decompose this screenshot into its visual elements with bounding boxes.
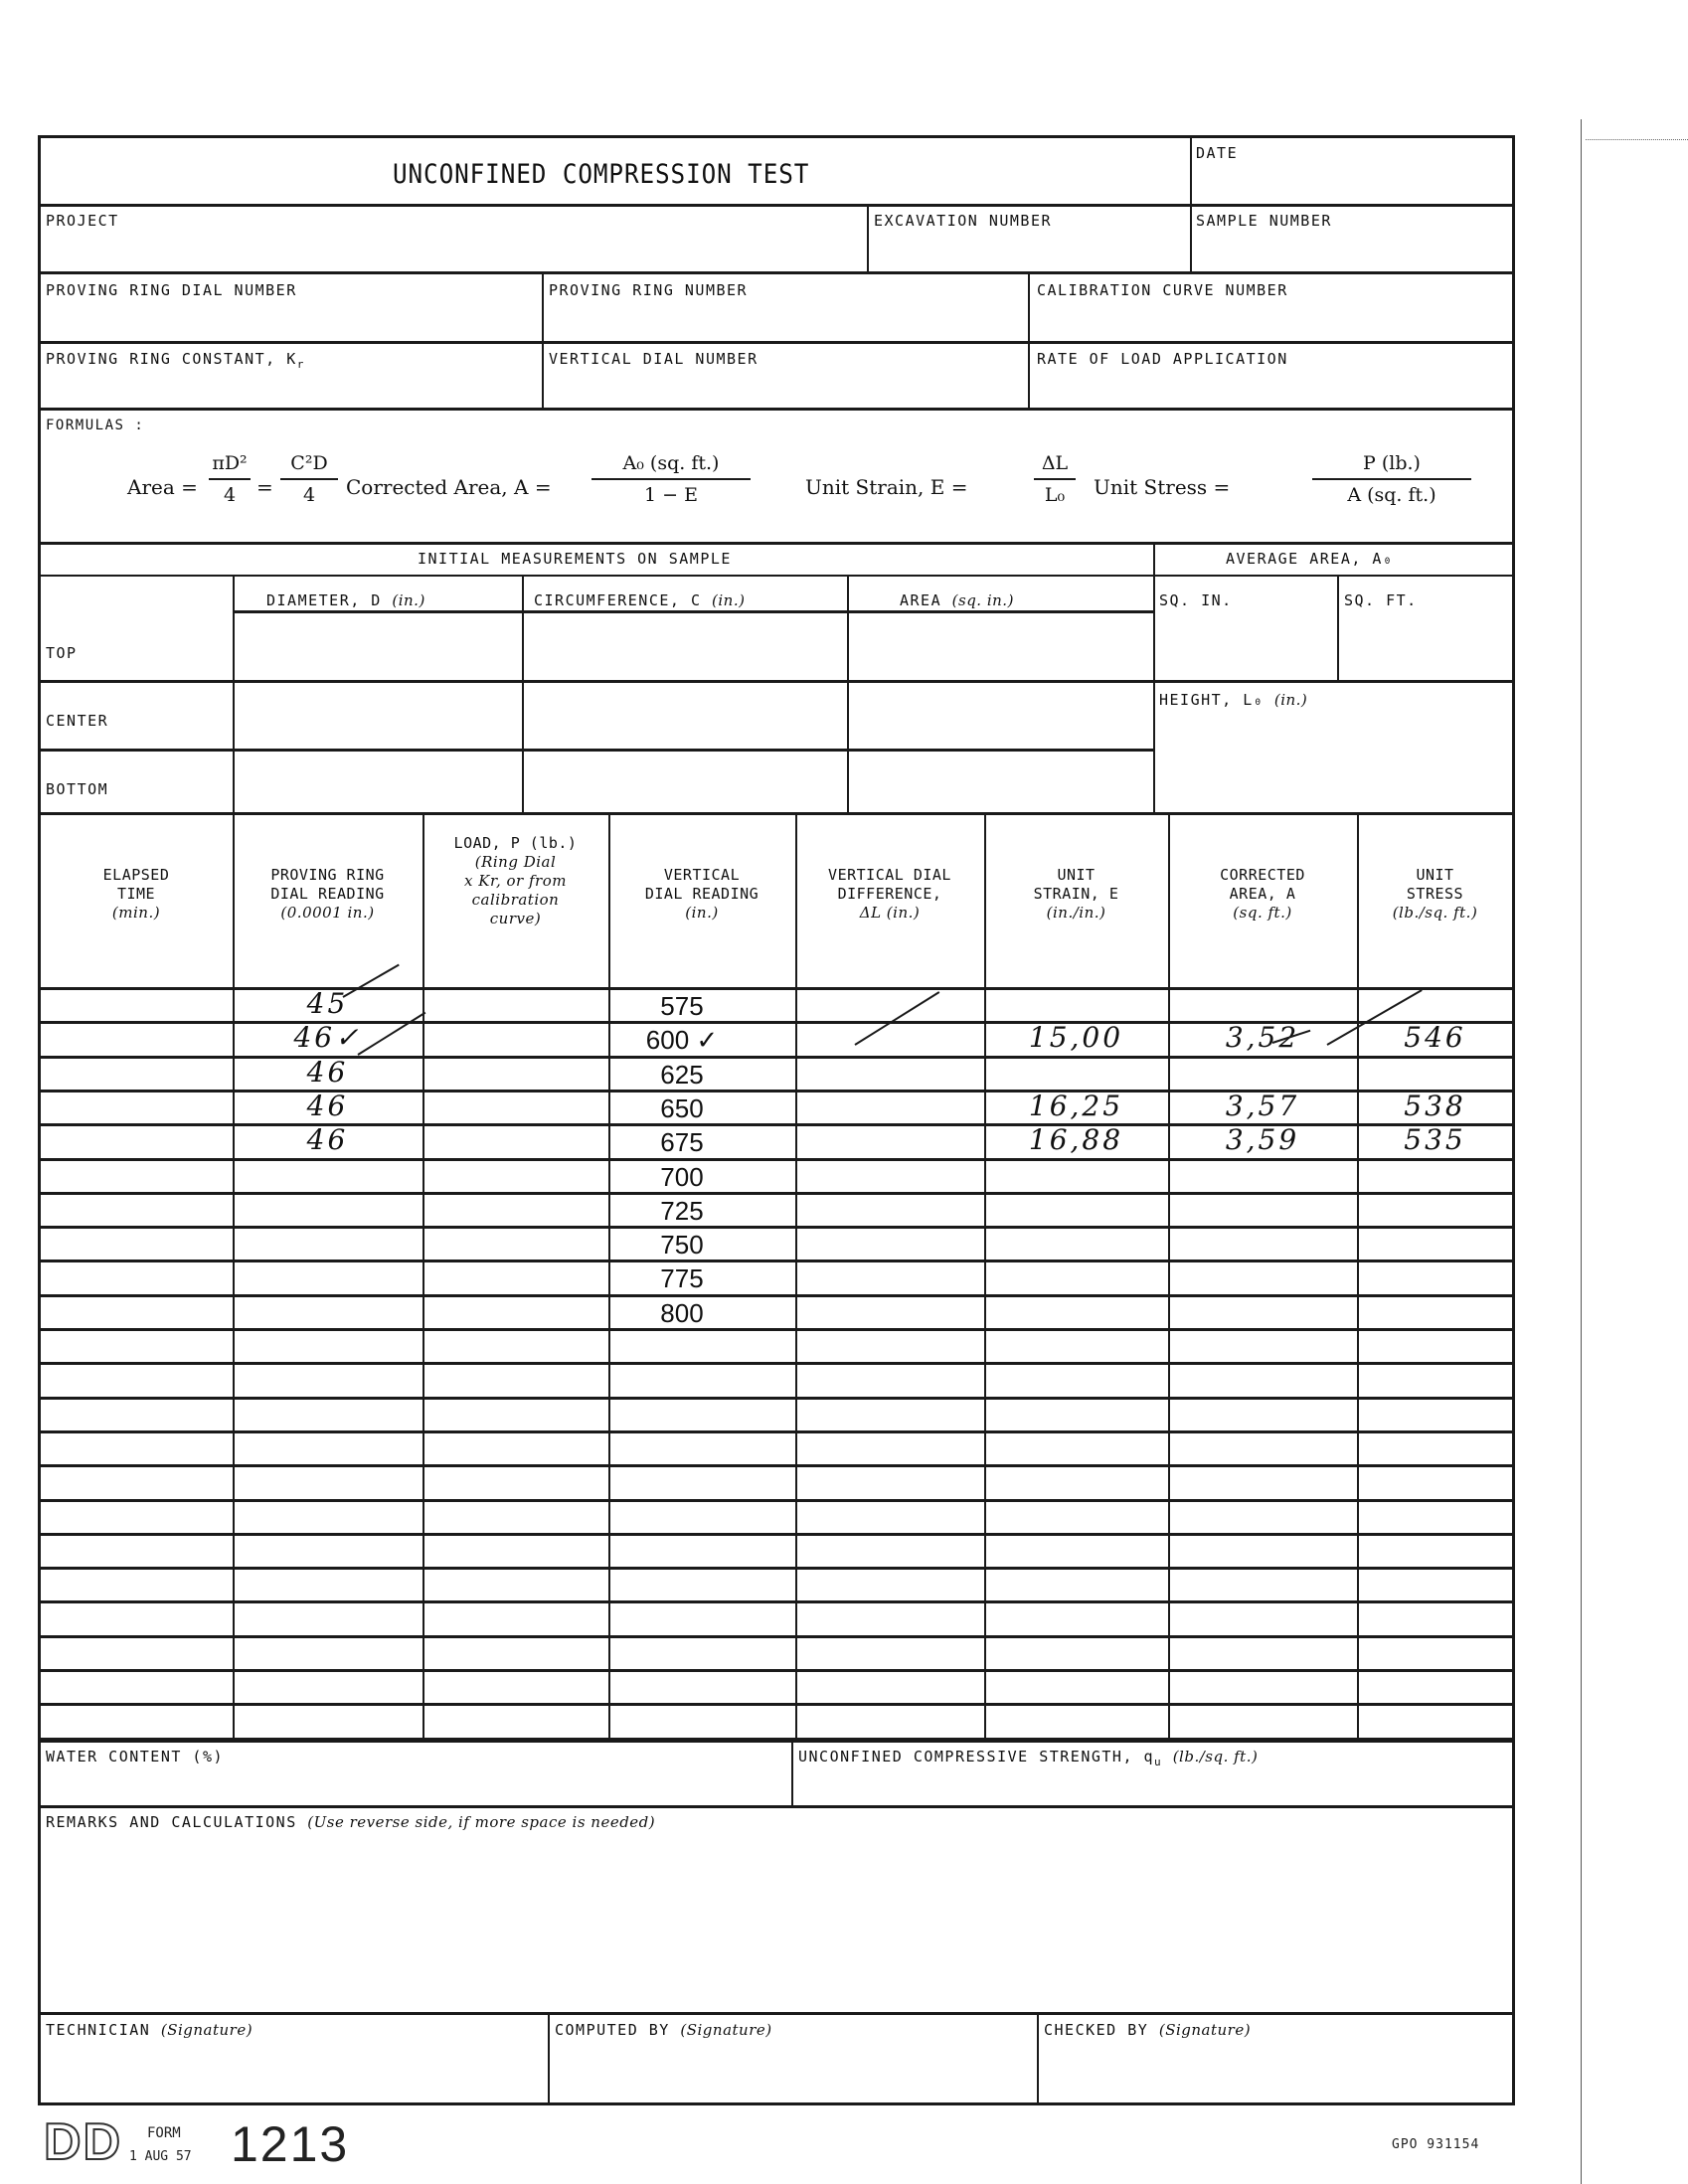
average-area-title: AVERAGE AREA, A₀ — [1226, 550, 1394, 568]
divider — [548, 2014, 550, 2103]
remarks-field[interactable]: REMARKS AND CALCULATIONS (Use reverse si… — [46, 1813, 655, 1831]
cell-vertical-dial-difference[interactable] — [797, 1671, 982, 1701]
corrected-area-fraction: A₀ (sq. ft.) 1 − E — [591, 452, 751, 506]
cell-vertical-dial-difference[interactable] — [797, 1466, 982, 1496]
cell-elapsed-time[interactable] — [42, 1261, 231, 1291]
cell-unit-strain[interactable] — [986, 1671, 1166, 1701]
cell-unit-strain[interactable] — [986, 989, 1166, 1019]
height-field[interactable]: HEIGHT, L₀ (in.) — [1159, 691, 1307, 709]
form-dd-mark: DD — [44, 2112, 122, 2172]
sq-ft-field[interactable]: SQ. FT. — [1344, 591, 1418, 609]
handwritten-value: 3,57 — [1226, 1090, 1299, 1122]
column-header-line: AREA, A — [1168, 885, 1357, 904]
cell-load[interactable] — [424, 1160, 606, 1190]
diameter-label: DIAMETER, D — [266, 591, 382, 609]
cell-elapsed-time[interactable] — [42, 1637, 231, 1667]
cell-vertical-dial-reading[interactable]: 600 ✓ — [610, 1023, 793, 1053]
cell-corrected-area[interactable] — [1170, 1637, 1355, 1667]
cell-unit-strain[interactable] — [986, 1296, 1166, 1326]
cell-proving-ring-dial-reading[interactable] — [235, 1705, 421, 1735]
computed-by-signature-field[interactable]: COMPUTED BY (Signature) — [555, 2021, 772, 2039]
column-header-line: PROVING RING — [233, 866, 422, 885]
sample-number-field[interactable]: SAMPLE NUMBER — [1196, 212, 1332, 230]
cell-corrected-area[interactable] — [1170, 1602, 1355, 1632]
cell-load[interactable] — [424, 1228, 606, 1258]
project-field[interactable]: PROJECT — [46, 212, 119, 230]
cell-unit-stress[interactable] — [1359, 1058, 1511, 1088]
cell-proving-ring-dial-reading[interactable] — [235, 1194, 421, 1224]
calibration-curve-number-field[interactable]: CALIBRATION CURVE NUMBER — [1037, 281, 1288, 299]
cell-corrected-area[interactable] — [1170, 1705, 1355, 1735]
column-header-vertical-dial-difference: VERTICAL DIALDIFFERENCE,ΔL (in.) — [795, 866, 984, 923]
cell-proving-ring-dial-reading[interactable]: 46 — [235, 1125, 421, 1155]
cell-elapsed-time[interactable] — [42, 1602, 231, 1632]
signature-note: (Signature) — [161, 2021, 253, 2039]
technician-signature-field[interactable]: TECHNICIAN (Signature) — [46, 2021, 253, 2039]
column-header-elapsed-time: ELAPSEDTIME(min.) — [40, 866, 233, 923]
cell-unit-stress[interactable] — [1359, 1296, 1511, 1326]
cell-elapsed-time[interactable] — [42, 1705, 231, 1735]
form-word: FORM — [147, 2125, 181, 2141]
column-header-line: x Kr, or from — [422, 872, 608, 891]
column-header-line: DIFFERENCE, — [795, 885, 984, 904]
divider — [1153, 544, 1155, 812]
row-label-top: TOP — [46, 644, 78, 662]
column-header-line: (in./in.) — [984, 904, 1168, 923]
cell-proving-ring-dial-reading[interactable]: 46✓ — [235, 1023, 421, 1053]
divider — [1190, 206, 1192, 273]
column-header-vertical-dial-reading: VERTICALDIAL READING(in.) — [608, 866, 795, 923]
area-denominator-1: 4 — [209, 484, 251, 506]
cell-elapsed-time[interactable] — [42, 1501, 231, 1531]
cell-load[interactable] — [424, 1125, 606, 1155]
cell-proving-ring-dial-reading[interactable]: 46 — [235, 1092, 421, 1121]
cell-elapsed-time[interactable] — [42, 1399, 231, 1428]
cell-vertical-dial-difference[interactable] — [797, 1705, 982, 1735]
cell-proving-ring-dial-reading[interactable] — [235, 1637, 421, 1667]
cell-load[interactable] — [424, 1705, 606, 1735]
cell-corrected-area[interactable] — [1170, 1261, 1355, 1291]
typed-value: 575 — [660, 991, 703, 1021]
typed-value: 625 — [660, 1060, 703, 1090]
cell-unit-strain[interactable] — [986, 1261, 1166, 1291]
unit-strain-fraction: ΔL L₀ — [1034, 452, 1076, 506]
unit-strain-label: Unit Strain, E = — [805, 475, 967, 499]
cell-proving-ring-dial-reading[interactable] — [235, 1535, 421, 1565]
cell-corrected-area[interactable] — [1170, 1364, 1355, 1394]
cell-unit-stress[interactable] — [1359, 1637, 1511, 1667]
cell-elapsed-time[interactable] — [42, 1364, 231, 1394]
cell-elapsed-time[interactable] — [42, 1160, 231, 1190]
cell-proving-ring-dial-reading[interactable] — [235, 1501, 421, 1531]
column-header-line: VERTICAL — [608, 866, 795, 885]
proving-ring-constant-field[interactable]: PROVING RING CONSTANT, Kr — [46, 350, 305, 371]
cell-load[interactable] — [424, 1092, 606, 1121]
cell-elapsed-time[interactable] — [42, 1330, 231, 1360]
circumference-unit: (in.) — [712, 591, 745, 609]
cell-unit-stress[interactable] — [1359, 1194, 1511, 1224]
cell-proving-ring-dial-reading[interactable]: 45 — [235, 989, 421, 1019]
remarks-label: REMARKS AND CALCULATIONS — [46, 1813, 297, 1831]
ucs-field[interactable]: UNCONFINED COMPRESSIVE STRENGTH, qu (lb.… — [798, 1748, 1258, 1768]
cell-vertical-dial-reading[interactable] — [610, 1399, 793, 1428]
cell-load[interactable] — [424, 1466, 606, 1496]
form-title: UNCONFINED COMPRESSION TEST — [393, 159, 809, 190]
cell-vertical-dial-reading[interactable] — [610, 1432, 793, 1462]
initial-measurements-title: INITIAL MEASUREMENTS ON SAMPLE — [418, 550, 732, 568]
cell-vertical-dial-difference[interactable] — [797, 1602, 982, 1632]
cell-unit-stress[interactable] — [1359, 1399, 1511, 1428]
cell-vertical-dial-difference[interactable] — [797, 1569, 982, 1598]
cell-unit-stress[interactable]: 546 — [1359, 1023, 1511, 1053]
cell-elapsed-time[interactable] — [42, 1194, 231, 1224]
diameter-header: DIAMETER, D (in.) — [266, 591, 425, 609]
column-header-line: UNIT — [984, 866, 1168, 885]
cell-corrected-area[interactable] — [1170, 1535, 1355, 1565]
unit-stress-label: Unit Stress = — [1094, 475, 1230, 499]
cell-corrected-area[interactable] — [1170, 1160, 1355, 1190]
cell-unit-strain[interactable] — [986, 1602, 1166, 1632]
typed-value: 725 — [660, 1196, 703, 1226]
cell-proving-ring-dial-reading[interactable] — [235, 1602, 421, 1632]
area-fraction-1: πD² 4 — [209, 452, 251, 506]
checked-by-label: CHECKED BY — [1044, 2021, 1148, 2039]
fraction-bar — [209, 478, 251, 480]
cell-proving-ring-dial-reading[interactable] — [235, 1569, 421, 1598]
cell-corrected-area[interactable]: 3,59 — [1170, 1125, 1355, 1155]
cell-unit-strain[interactable] — [986, 1228, 1166, 1258]
handwritten-value: 15,00 — [1029, 1021, 1123, 1054]
cell-vertical-dial-reading[interactable]: 775 — [610, 1261, 793, 1291]
column-header-line: ΔL (in.) — [795, 904, 984, 923]
cell-vertical-dial-reading[interactable] — [610, 1569, 793, 1598]
cell-unit-stress[interactable] — [1359, 1364, 1511, 1394]
cell-vertical-dial-difference[interactable] — [797, 1125, 982, 1155]
cell-load[interactable] — [424, 1602, 606, 1632]
ucs-label: UNCONFINED COMPRESSIVE STRENGTH, q — [798, 1748, 1154, 1765]
cell-vertical-dial-difference[interactable] — [797, 1261, 982, 1291]
cell-load[interactable] — [424, 1535, 606, 1565]
handwritten-value: 45 — [307, 987, 349, 1020]
cell-vertical-dial-difference[interactable] — [797, 1432, 982, 1462]
cell-corrected-area[interactable] — [1170, 1569, 1355, 1598]
cell-corrected-area[interactable] — [1170, 1296, 1355, 1326]
typed-value: 600 ✓ — [646, 1025, 718, 1055]
cell-vertical-dial-reading[interactable]: 725 — [610, 1194, 793, 1224]
circumference-label: CIRCUMFERENCE, C — [534, 591, 702, 609]
cell-unit-strain[interactable] — [986, 1501, 1166, 1531]
column-header-line: DIAL READING — [233, 885, 422, 904]
cell-elapsed-time[interactable] — [42, 1535, 231, 1565]
cell-corrected-area[interactable] — [1170, 1058, 1355, 1088]
cell-unit-strain[interactable] — [986, 1058, 1166, 1088]
unit-strain-denominator: L₀ — [1034, 484, 1076, 506]
cell-load[interactable] — [424, 1364, 606, 1394]
cell-unit-stress[interactable] — [1359, 1569, 1511, 1598]
column-header-corrected-area: CORRECTEDAREA, A(sq. ft.) — [1168, 866, 1357, 923]
divider — [40, 575, 1513, 577]
cell-load[interactable] — [424, 1399, 606, 1428]
cell-unit-strain[interactable] — [986, 1535, 1166, 1565]
cell-unit-strain[interactable] — [986, 1637, 1166, 1667]
form-date-code: 1 AUG 57 — [129, 2149, 192, 2164]
divider — [40, 542, 1513, 545]
cell-load[interactable] — [424, 1023, 606, 1053]
row-label-center: CENTER — [46, 712, 108, 730]
row-label-bottom: BOTTOM — [46, 780, 108, 798]
cell-proving-ring-dial-reading[interactable] — [235, 1228, 421, 1258]
cell-vertical-dial-difference[interactable] — [797, 1058, 982, 1088]
cell-corrected-area[interactable] — [1170, 1228, 1355, 1258]
cell-elapsed-time[interactable] — [42, 1092, 231, 1121]
cell-vertical-dial-reading[interactable]: 675 — [610, 1125, 793, 1155]
typed-value: 700 — [660, 1162, 703, 1192]
typed-value: 650 — [660, 1093, 703, 1123]
cell-vertical-dial-difference[interactable] — [797, 1228, 982, 1258]
cell-unit-stress[interactable] — [1359, 989, 1511, 1019]
cell-elapsed-time[interactable] — [42, 1296, 231, 1326]
column-header-unit-stress: UNITSTRESS(lb./sq. ft.) — [1357, 866, 1513, 923]
signature-note: (Signature) — [680, 2021, 771, 2039]
corrected-area-label: Corrected Area, A = — [346, 475, 552, 499]
unit-stress-numerator: P (lb.) — [1312, 452, 1471, 474]
cell-vertical-dial-reading[interactable] — [610, 1602, 793, 1632]
divider — [40, 271, 1513, 274]
column-header-line: STRESS — [1357, 885, 1513, 904]
divider — [40, 749, 1153, 752]
cell-corrected-area[interactable] — [1170, 1466, 1355, 1496]
cell-load[interactable] — [424, 1501, 606, 1531]
cell-elapsed-time[interactable] — [42, 1432, 231, 1462]
page-edge-line — [1581, 119, 1582, 2184]
cell-unit-strain[interactable] — [986, 1194, 1166, 1224]
handwritten-value: 46 — [307, 1123, 349, 1156]
cell-vertical-dial-reading[interactable] — [610, 1535, 793, 1565]
cell-vertical-dial-difference[interactable] — [797, 1535, 982, 1565]
cell-proving-ring-dial-reading[interactable] — [235, 1296, 421, 1326]
cell-unit-stress[interactable] — [1359, 1466, 1511, 1496]
cell-vertical-dial-reading[interactable] — [610, 1637, 793, 1667]
cell-unit-strain[interactable] — [986, 1160, 1166, 1190]
cell-unit-stress[interactable] — [1359, 1330, 1511, 1360]
area-denominator-2: 4 — [280, 484, 338, 506]
cell-unit-strain[interactable] — [986, 1399, 1166, 1428]
cell-unit-stress[interactable] — [1359, 1602, 1511, 1632]
cell-unit-strain[interactable] — [986, 1705, 1166, 1735]
cell-unit-strain[interactable] — [986, 1364, 1166, 1394]
divider — [1190, 137, 1192, 206]
cell-proving-ring-dial-reading[interactable] — [235, 1160, 421, 1190]
cell-load[interactable] — [424, 1432, 606, 1462]
sq-in-field[interactable]: SQ. IN. — [1159, 591, 1233, 609]
gpo-number: GPO 931154 — [1392, 2137, 1479, 2152]
cell-vertical-dial-difference[interactable] — [797, 1023, 982, 1053]
cell-vertical-dial-difference[interactable] — [797, 1501, 982, 1531]
cell-load[interactable] — [424, 989, 606, 1019]
cell-proving-ring-dial-reading[interactable] — [235, 1432, 421, 1462]
cell-vertical-dial-difference[interactable] — [797, 1330, 982, 1360]
column-header-line: (in.) — [608, 904, 795, 923]
date-field[interactable]: DATE — [1196, 144, 1238, 162]
cell-unit-strain[interactable]: 16,25 — [986, 1092, 1166, 1121]
cell-load[interactable] — [424, 1637, 606, 1667]
column-header-line: TIME — [40, 885, 233, 904]
handwritten-value: 46 — [307, 1056, 349, 1089]
unit-stress-fraction: P (lb.) A (sq. ft.) — [1312, 452, 1471, 506]
typed-value: 800 — [660, 1298, 703, 1328]
cell-vertical-dial-difference[interactable] — [797, 989, 982, 1019]
cell-vertical-dial-difference[interactable] — [797, 1092, 982, 1121]
cell-proving-ring-dial-reading[interactable] — [235, 1399, 421, 1428]
cell-vertical-dial-difference[interactable] — [797, 1160, 982, 1190]
cell-proving-ring-dial-reading[interactable]: 46 — [235, 1058, 421, 1088]
column-header-line: LOAD, P (lb.) — [422, 834, 608, 853]
height-label: HEIGHT, L₀ — [1159, 691, 1264, 709]
remarks-note: (Use reverse side, if more space is need… — [307, 1813, 655, 1831]
column-header-proving-ring-dial-reading: PROVING RINGDIAL READING(0.0001 in.) — [233, 866, 422, 923]
cell-vertical-dial-difference[interactable] — [797, 1399, 982, 1428]
cell-elapsed-time[interactable] — [42, 1569, 231, 1598]
column-header-line: STRAIN, E — [984, 885, 1168, 904]
cell-elapsed-time[interactable] — [42, 1125, 231, 1155]
signature-note: (Signature) — [1159, 2021, 1251, 2039]
column-header-unit-strain: UNITSTRAIN, E(in./in.) — [984, 866, 1168, 923]
unit-strain-numerator: ΔL — [1034, 452, 1076, 474]
cell-proving-ring-dial-reading[interactable] — [235, 1466, 421, 1496]
proving-ring-dial-number-field[interactable]: PROVING RING DIAL NUMBER — [46, 281, 297, 299]
cell-load[interactable] — [424, 1569, 606, 1598]
column-header-line: (Ring Dial — [422, 853, 608, 872]
fraction-bar — [280, 478, 338, 480]
cell-corrected-area[interactable] — [1170, 989, 1355, 1019]
cell-vertical-dial-reading[interactable]: 700 — [610, 1160, 793, 1190]
cell-vertical-dial-reading[interactable]: 575 — [610, 989, 793, 1019]
cell-load[interactable] — [424, 1330, 606, 1360]
rate-of-load-application-field[interactable]: RATE OF LOAD APPLICATION — [1037, 350, 1288, 368]
cell-unit-strain[interactable] — [986, 1466, 1166, 1496]
cell-vertical-dial-difference[interactable] — [797, 1364, 982, 1394]
area-formula-label: Area = — [127, 475, 198, 499]
cell-proving-ring-dial-reading[interactable] — [235, 1364, 421, 1394]
cell-load[interactable] — [424, 1058, 606, 1088]
cell-load[interactable] — [424, 1296, 606, 1326]
cell-elapsed-time[interactable] — [42, 1023, 231, 1053]
column-header-line: curve) — [422, 910, 608, 928]
cell-unit-stress[interactable] — [1359, 1705, 1511, 1735]
cell-vertical-dial-reading[interactable] — [610, 1466, 793, 1496]
typed-value: 750 — [660, 1230, 703, 1260]
divider — [40, 341, 1513, 344]
cell-elapsed-time[interactable] — [42, 1671, 231, 1701]
cell-vertical-dial-difference[interactable] — [797, 1296, 982, 1326]
cell-unit-strain[interactable]: 16,88 — [986, 1125, 1166, 1155]
ucs-subscript: u — [1154, 1756, 1162, 1768]
cell-vertical-dial-reading[interactable]: 650 — [610, 1092, 793, 1121]
cell-corrected-area[interactable] — [1170, 1501, 1355, 1531]
cell-load[interactable] — [424, 1194, 606, 1224]
cell-vertical-dial-reading[interactable]: 625 — [610, 1058, 793, 1088]
cell-unit-stress[interactable] — [1359, 1261, 1511, 1291]
excavation-number-field[interactable]: EXCAVATION NUMBER — [874, 212, 1052, 230]
cell-proving-ring-dial-reading[interactable] — [235, 1330, 421, 1360]
handwritten-value: 16,25 — [1029, 1090, 1123, 1122]
cell-elapsed-time[interactable] — [42, 1058, 231, 1088]
cell-vertical-dial-reading[interactable] — [610, 1330, 793, 1360]
divider — [40, 680, 1513, 683]
cell-unit-strain[interactable] — [986, 1569, 1166, 1598]
cell-vertical-dial-difference[interactable] — [797, 1194, 982, 1224]
column-header-line: calibration — [422, 891, 608, 910]
handwritten-value: 16,88 — [1029, 1123, 1123, 1156]
cell-elapsed-time[interactable] — [42, 1466, 231, 1496]
cell-unit-stress[interactable] — [1359, 1160, 1511, 1190]
technician-label: TECHNICIAN — [46, 2021, 150, 2039]
cell-load[interactable] — [424, 1671, 606, 1701]
cell-proving-ring-dial-reading[interactable] — [235, 1671, 421, 1701]
handwritten-value: 46 — [307, 1090, 349, 1122]
cell-unit-stress[interactable] — [1359, 1671, 1511, 1701]
computed-by-label: COMPUTED BY — [555, 2021, 670, 2039]
cell-vertical-dial-reading[interactable]: 800 — [610, 1296, 793, 1326]
column-header-load: LOAD, P (lb.)(Ring Dialx Kr, or fromcali… — [422, 834, 608, 928]
cell-load[interactable] — [424, 1261, 606, 1291]
cell-unit-stress[interactable]: 535 — [1359, 1125, 1511, 1155]
cell-unit-stress[interactable] — [1359, 1501, 1511, 1531]
cell-corrected-area[interactable] — [1170, 1330, 1355, 1360]
cell-unit-stress[interactable]: 538 — [1359, 1092, 1511, 1121]
cell-unit-strain[interactable]: 15,00 — [986, 1023, 1166, 1053]
area-fraction-2: C²D 4 — [280, 452, 338, 506]
column-header-line: VERTICAL DIAL — [795, 866, 984, 885]
cell-unit-stress[interactable] — [1359, 1432, 1511, 1462]
cell-corrected-area[interactable] — [1170, 1399, 1355, 1428]
cell-vertical-dial-reading[interactable] — [610, 1671, 793, 1701]
cell-corrected-area[interactable]: 3,57 — [1170, 1092, 1355, 1121]
checked-by-signature-field[interactable]: CHECKED BY (Signature) — [1044, 2021, 1251, 2039]
ucs-unit: (lb./sq. ft.) — [1173, 1748, 1259, 1765]
handwritten-value: 538 — [1404, 1090, 1465, 1122]
cell-vertical-dial-reading[interactable] — [610, 1501, 793, 1531]
cell-unit-strain[interactable] — [986, 1432, 1166, 1462]
cell-unit-stress[interactable] — [1359, 1228, 1511, 1258]
cell-corrected-area[interactable] — [1170, 1194, 1355, 1224]
cell-vertical-dial-reading[interactable] — [610, 1364, 793, 1394]
cell-unit-strain[interactable] — [986, 1330, 1166, 1360]
water-content-field[interactable]: WATER CONTENT (%) — [46, 1748, 224, 1765]
cell-unit-stress[interactable] — [1359, 1535, 1511, 1565]
cell-vertical-dial-difference[interactable] — [797, 1637, 982, 1667]
water-content-label: WATER CONTENT (%) — [46, 1748, 224, 1765]
form-number: 1213 — [231, 2115, 349, 2173]
area-header: AREA (sq. in.) — [900, 591, 1014, 609]
column-header-line: (min.) — [40, 904, 233, 923]
divider — [40, 2012, 1513, 2015]
cell-elapsed-time[interactable] — [42, 989, 231, 1019]
cell-vertical-dial-reading[interactable]: 750 — [610, 1228, 793, 1258]
cell-corrected-area[interactable]: 3,52 — [1170, 1023, 1355, 1053]
divider — [40, 812, 1513, 815]
proving-ring-number-field[interactable]: PROVING RING NUMBER — [549, 281, 748, 299]
typed-value: 775 — [660, 1263, 703, 1293]
typed-value: 675 — [660, 1127, 703, 1157]
cell-proving-ring-dial-reading[interactable] — [235, 1261, 421, 1291]
cell-vertical-dial-reading[interactable] — [610, 1705, 793, 1735]
vertical-dial-number-field[interactable]: VERTICAL DIAL NUMBER — [549, 350, 759, 368]
cell-corrected-area[interactable] — [1170, 1432, 1355, 1462]
handwritten-value: 46✓ — [293, 1021, 361, 1054]
cell-elapsed-time[interactable] — [42, 1228, 231, 1258]
cell-corrected-area[interactable] — [1170, 1671, 1355, 1701]
